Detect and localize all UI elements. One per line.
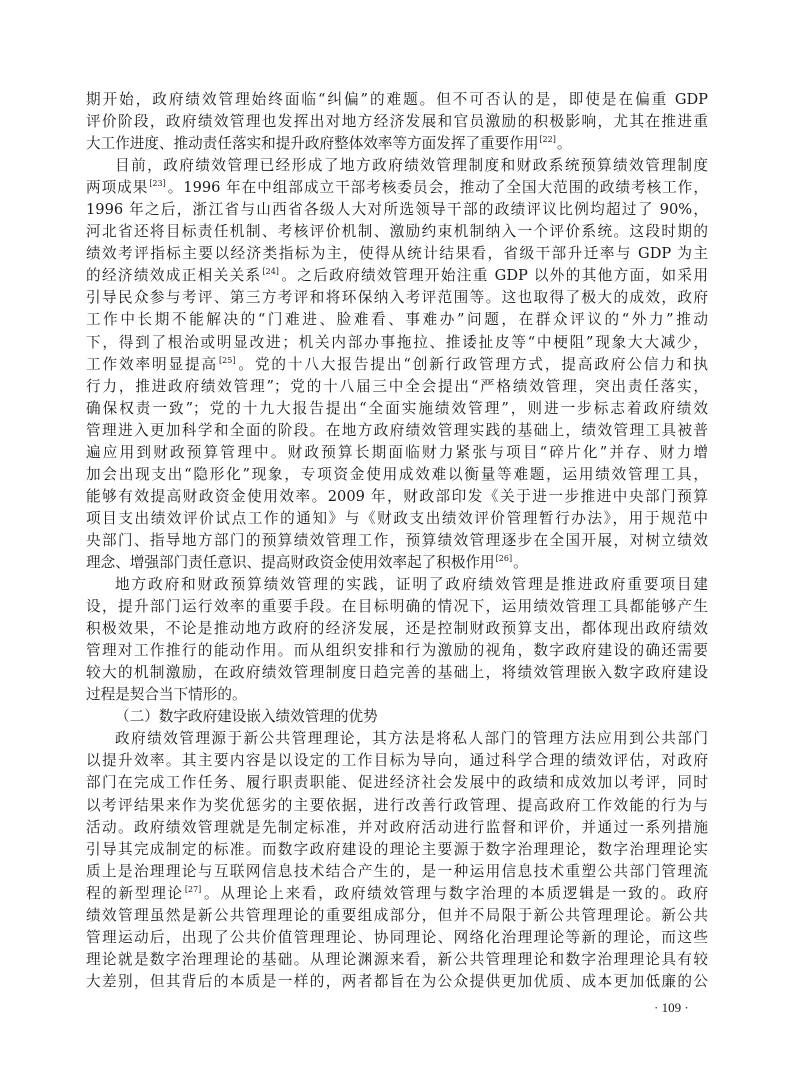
text-line: 质上是治理理论与互联网信息技术结合产生的，是一种运用信息技术重塑公共部门管理流: [86, 861, 708, 883]
text-line: 大工作进度、推动责任落实和提升政府整体效率等方面发挥了重要作用[22]。: [86, 133, 708, 155]
line-text-continued: 。从理论上来看，政府绩效管理与数字治理的本质逻辑是一致的。政府: [202, 885, 708, 902]
line-text-continued: 。: [513, 554, 528, 571]
text-line: 行力，推进政府绩效管理”；党的十八届三中全会提出“严格绩效管理，突出责任落实，: [86, 376, 708, 398]
line-text: 管理对工作推行的能动作用。而从组织安排和行为激励的视角，数字政府建设的确还需要: [86, 642, 708, 659]
section-heading: （二）数字政府建设嵌入绩效管理的优势: [86, 706, 708, 728]
text-line: 绩效管理虽然是新公共管理理论的重要组成部分，但并不局限于新公共管理理论。新公共: [86, 905, 708, 927]
text-line: 评价阶段，政府绩效管理也发挥出对地方经济发展和官员激励的积极影响，尤其在推进重: [86, 111, 708, 133]
text-line: 理念、增强部门责任意识、提高财政资金使用效率起了积极作用[26]。: [86, 552, 708, 574]
line-text: 工作效率明显提高: [86, 356, 218, 373]
text-line: 目前，政府绩效管理已经形成了地方政府绩效管理制度和财政系统预算绩效管理制度: [86, 155, 708, 177]
text-line: 活动。政府绩效管理就是先制定标准，并对政府活动进行监督和评价，并通过一系列措施: [86, 817, 708, 839]
line-text: 大工作进度、推动责任落实和提升政府整体效率等方面发挥了重要作用: [86, 135, 538, 152]
line-text: 评价阶段，政府绩效管理也发挥出对地方经济发展和官员激励的积极影响，尤其在推进重: [86, 113, 708, 130]
text-line: 部门在完成工作任务、履行职责职能、促进经济社会发展中的政绩和成效加以考评，同时: [86, 772, 708, 794]
text-line: 绩效考评指标主要以经济类指标为主，使得从统计结果看，省级干部升迁率与 GDP 为…: [86, 243, 708, 265]
line-text: 政府绩效管理源于新公共管理理论，其方法是将私人部门的管理方法应用到公共部门: [115, 730, 708, 747]
citation-ref[interactable]: [24]: [263, 267, 279, 276]
text-line: 过程是契合当下情形的。: [86, 684, 708, 706]
citation-ref[interactable]: [27]: [185, 885, 201, 894]
text-line: 确保权责一致”；党的十九大报告提出“全面实施绩效管理”，则进一步标志着政府绩效: [86, 398, 708, 420]
line-text: 确保权责一致”；党的十九大报告提出“全面实施绩效管理”，则进一步标志着政府绩效: [86, 400, 708, 417]
line-text: 的经济绩效成正相关关系: [86, 267, 262, 284]
citation-ref[interactable]: [23]: [149, 179, 165, 188]
page-number: · 109 ·: [654, 1000, 689, 1016]
text-line: 理论就是数字治理理论的基础。从理论渊源来看，新公共管理理论和数字治理理论具有较: [86, 949, 708, 971]
line-text: 以考评结果来作为奖优惩劣的主要依据，进行改善行政管理、提高政府工作效能的行为与: [86, 797, 708, 814]
line-text: 大差别，但其背后的本质是一样的，两者都旨在为公众提供更加优质、成本更加低廉的公: [86, 973, 708, 990]
text-line: 管理进入更加科学和全面的阶段。在地方政府绩效管理实践的基础上，绩效管理工具被普: [86, 420, 708, 442]
line-text: 央部门、指导地方部门的预算绩效管理工作，预算绩效管理逐步在全国开展，对树立绩效: [86, 532, 708, 549]
line-text: 理论就是数字治理理论的基础。从理论渊源来看，新公共管理理论和数字治理理论具有较: [86, 951, 708, 968]
line-text: 两项成果: [86, 179, 148, 196]
line-text: 加会出现支出“隐形化”现象，专项资金使用成效难以衡量等难题，运用绩效管理工具，: [86, 466, 708, 483]
text-line: 管理运动后，出现了公共价值管理理论、协同理论、网络化治理理论等新的理论，而这些: [86, 927, 708, 949]
text-line: 引导民众参与考评、第三方考评和将环保纳入考评范围等。这也取得了极大的成效，政府: [86, 287, 708, 309]
text-line: 工作中长期不能解决的“门难进、脸难看、事难办”问题，在群众评议的“外力”推动: [86, 309, 708, 331]
line-text: 1996 年之后，浙江省与山西省各级人大对所选领导干部的政绩评议比例均超过了 9…: [86, 201, 708, 218]
line-text: 较大的机制激励，在政府绩效管理制度日趋完善的基础上，将绩效管理嵌入数字政府建设: [86, 664, 708, 681]
text-line: 工作效率明显提高[25]。党的十八大报告提出“创新行政管理方式，提高政府公信力和…: [86, 354, 708, 376]
line-text: （二）数字政府建设嵌入绩效管理的优势: [115, 708, 378, 725]
text-line: 遍应用到财政预算管理中。财政预算长期面临财力紧张与项目“碎片化”并存、财力增: [86, 442, 708, 464]
citation-ref[interactable]: [26]: [496, 554, 512, 563]
text-line: 加会出现支出“隐形化”现象，专项资金使用成效难以衡量等难题，运用绩效管理工具，: [86, 464, 708, 486]
text-line: 程的新型理论[27]。从理论上来看，政府绩效管理与数字治理的本质逻辑是一致的。政…: [86, 883, 708, 905]
text-line: 较大的机制激励，在政府绩效管理制度日趋完善的基础上，将绩效管理嵌入数字政府建设: [86, 662, 708, 684]
line-text: 质上是治理理论与互联网信息技术结合产生的，是一种运用信息技术重塑公共部门管理流: [86, 863, 708, 880]
text-line: 大差别，但其背后的本质是一样的，两者都旨在为公众提供更加优质、成本更加低廉的公: [86, 971, 708, 993]
line-text: 理念、增强部门责任意识、提高财政资金使用效率起了积极作用: [86, 554, 495, 571]
line-text-continued: 。党的十八大报告提出“创新行政管理方式，提高政府公信力和执: [236, 356, 708, 373]
text-line: 央部门、指导地方部门的预算绩效管理工作，预算绩效管理逐步在全国开展，对树立绩效: [86, 530, 708, 552]
line-text: 河北省还将目标责任机制、考核评价机制、激励约束机制纳入一个评价系统。这段时期的: [86, 223, 708, 240]
line-text: 部门在完成工作任务、履行职责职能、促进经济社会发展中的政绩和成效加以考评，同时: [86, 774, 708, 791]
text-line: 期开始，政府绩效管理始终面临“纠偏”的难题。但不可否认的是，即使是在偏重 GDP: [86, 89, 708, 111]
text-line: 1996 年之后，浙江省与山西省各级人大对所选领导干部的政绩评议比例均超过了 9…: [86, 199, 708, 221]
text-line: 以考评结果来作为奖优惩劣的主要依据，进行改善行政管理、提高政府工作效能的行为与: [86, 795, 708, 817]
text-line: 设，提升部门运行效率的重要手段。在目标明确的情况下，运用绩效管理工具都能够产生: [86, 596, 708, 618]
text-line: 能够有效提高财政资金使用效率。2009 年，财政部印发《关于进一步推进中央部门预…: [86, 486, 708, 508]
text-line: 管理对工作推行的能动作用。而从组织安排和行为激励的视角，数字政府建设的确还需要: [86, 640, 708, 662]
line-text: 绩效管理虽然是新公共管理理论的重要组成部分，但并不局限于新公共管理理论。新公共: [86, 907, 708, 924]
line-text: 下，得到了根治或明显改进；机关内部办事拖拉、推诿扯皮等“中梗阻”现象大大减少，: [86, 334, 708, 351]
line-text: 积极效果，不论是推动地方政府的经济发展，还是控制财政预算支出，都体现出政府绩效: [86, 620, 708, 637]
text-line: 积极效果，不论是推动地方政府的经济发展，还是控制财政预算支出，都体现出政府绩效: [86, 618, 708, 640]
line-text: 活动。政府绩效管理就是先制定标准，并对政府活动进行监督和评价，并通过一系列措施: [86, 819, 708, 836]
line-text: 引导其完成制定的标准。而数字政府建设的理论主要源于数字治理理论，数字治理理论实: [86, 841, 708, 858]
line-text-continued: 。之后政府绩效管理开始注重 GDP 以外的其他方面，如采用: [280, 267, 708, 284]
text-line: 引导其完成制定的标准。而数字政府建设的理论主要源于数字治理理论，数字治理理论实: [86, 839, 708, 861]
line-text: 过程是契合当下情形的。: [86, 686, 247, 703]
line-text: 地方政府和财政预算绩效管理的实践，证明了政府绩效管理是推进政府重要项目建: [115, 576, 708, 593]
line-text: 管理运动后，出现了公共价值管理理论、协同理论、网络化治理理论等新的理论，而这些: [86, 929, 708, 946]
line-text: 设，提升部门运行效率的重要手段。在目标明确的情况下，运用绩效管理工具都能够产生: [86, 598, 708, 615]
citation-ref[interactable]: [22]: [539, 135, 555, 144]
text-line: 政府绩效管理源于新公共管理理论，其方法是将私人部门的管理方法应用到公共部门: [86, 728, 708, 750]
line-text-continued: 。: [557, 135, 572, 152]
line-text: 能够有效提高财政资金使用效率。2009 年，财政部印发《关于进一步推进中央部门预…: [86, 488, 708, 505]
line-text: 项目支出绩效评价试点工作的通知》与《财政支出绩效评价管理暂行办法》，用于规范中: [86, 510, 708, 527]
line-text: 目前，政府绩效管理已经形成了地方政府绩效管理制度和财政系统预算绩效管理制度: [115, 157, 708, 174]
line-text: 以提升效率。其主要内容是以设定的工作目标为导向，通过科学合理的绩效评估，对政府: [86, 752, 708, 769]
text-line: 下，得到了根治或明显改进；机关内部办事拖拉、推诿扯皮等“中梗阻”现象大大减少，: [86, 332, 708, 354]
line-text: 期开始，政府绩效管理始终面临“纠偏”的难题。但不可否认的是，即使是在偏重 GDP: [86, 91, 708, 108]
line-text: 工作中长期不能解决的“门难进、脸难看、事难办”问题，在群众评议的“外力”推动: [86, 311, 708, 328]
citation-ref[interactable]: [25]: [219, 356, 235, 365]
line-text: 程的新型理论: [86, 885, 184, 902]
text-line: 两项成果[23]。1996 年在中组部成立干部考核委员会，推动了全国大范围的政绩…: [86, 177, 708, 199]
line-text: 行力，推进政府绩效管理”；党的十八届三中全会提出“严格绩效管理，突出责任落实，: [86, 378, 708, 395]
text-line: 的经济绩效成正相关关系[24]。之后政府绩效管理开始注重 GDP 以外的其他方面…: [86, 265, 708, 287]
text-line: 项目支出绩效评价试点工作的通知》与《财政支出绩效评价管理暂行办法》，用于规范中: [86, 508, 708, 530]
paper-body: 期开始，政府绩效管理始终面临“纠偏”的难题。但不可否认的是，即使是在偏重 GDP…: [86, 89, 708, 993]
text-line: 地方政府和财政预算绩效管理的实践，证明了政府绩效管理是推进政府重要项目建: [86, 574, 708, 596]
line-text: 管理进入更加科学和全面的阶段。在地方政府绩效管理实践的基础上，绩效管理工具被普: [86, 422, 708, 439]
line-text: 遍应用到财政预算管理中。财政预算长期面临财力紧张与项目“碎片化”并存、财力增: [86, 444, 708, 461]
line-text-continued: 。1996 年在中组部成立干部考核委员会，推动了全国大范围的政绩考核工作，: [167, 179, 708, 196]
text-line: 以提升效率。其主要内容是以设定的工作目标为导向，通过科学合理的绩效评估，对政府: [86, 750, 708, 772]
text-line: 河北省还将目标责任机制、考核评价机制、激励约束机制纳入一个评价系统。这段时期的: [86, 221, 708, 243]
line-text: 引导民众参与考评、第三方考评和将环保纳入考评范围等。这也取得了极大的成效，政府: [86, 289, 708, 306]
line-text: 绩效考评指标主要以经济类指标为主，使得从统计结果看，省级干部升迁率与 GDP 为…: [86, 245, 708, 262]
